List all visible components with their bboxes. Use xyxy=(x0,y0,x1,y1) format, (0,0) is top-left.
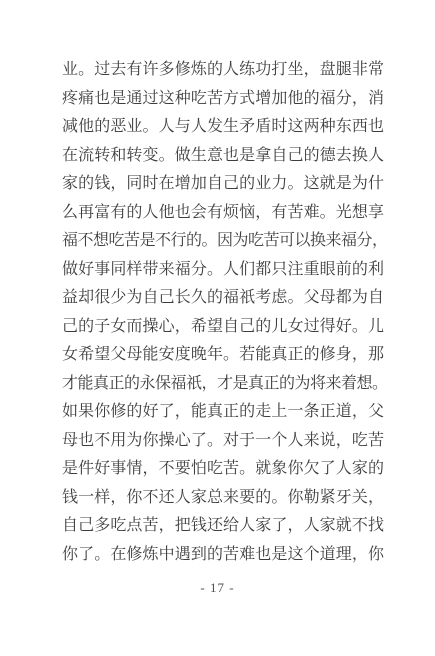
text-line: 才能真正的永保福祇，才是真正的为将来着想。 xyxy=(62,370,384,399)
text-line: 益却很少为自己长久的福祇考虑。父母都为自 xyxy=(62,284,384,313)
text-line: 福不想吃苦是不行的。因为吃苦可以换来福分， xyxy=(62,227,384,256)
text-line: 疼痛也是通过这种吃苦方式增加他的福分，消 xyxy=(62,85,384,114)
text-line: 自己多吃点苦，把钱还给人家了，人家就不找 xyxy=(62,512,384,541)
text-line: 你了。在修炼中遇到的苦难也是这个道理，你 xyxy=(62,541,384,570)
text-line: 在流转和转变。做生意也是拿自己的德去换人 xyxy=(62,142,384,171)
text-line: 减他的恶业。人与人发生矛盾时这两种东西也 xyxy=(62,113,384,142)
text-line: 如果你修的好了，能真正的走上一条正道，父 xyxy=(62,398,384,427)
book-page: 业。过去有许多修炼的人练功打坐，盘腿非常 疼痛也是通过这种吃苦方式增加他的福分，… xyxy=(0,0,435,656)
text-line: 己的子女而操心，希望自己的儿女过得好。儿 xyxy=(62,313,384,342)
page-number: - 17 - xyxy=(0,580,435,596)
text-line: 家的钱，同时在增加自己的业力。这就是为什 xyxy=(62,170,384,199)
text-line: 是件好事情，不要怕吃苦。就象你欠了人家的 xyxy=(62,455,384,484)
text-line: 女希望父母能安度晚年。若能真正的修身，那 xyxy=(62,341,384,370)
body-text: 业。过去有许多修炼的人练功打坐，盘腿非常 疼痛也是通过这种吃苦方式增加他的福分，… xyxy=(62,56,384,569)
text-line: 钱一样，你不还人家总来要的。你勒紧牙关， xyxy=(62,484,384,513)
text-line: 业。过去有许多修炼的人练功打坐，盘腿非常 xyxy=(62,56,384,85)
text-line: 做好事同样带来福分。人们都只注重眼前的利 xyxy=(62,256,384,285)
text-line: 母也不用为你操心了。对于一个人来说，吃苦 xyxy=(62,427,384,456)
text-line: 么再富有的人他也会有烦恼，有苦难。光想享 xyxy=(62,199,384,228)
